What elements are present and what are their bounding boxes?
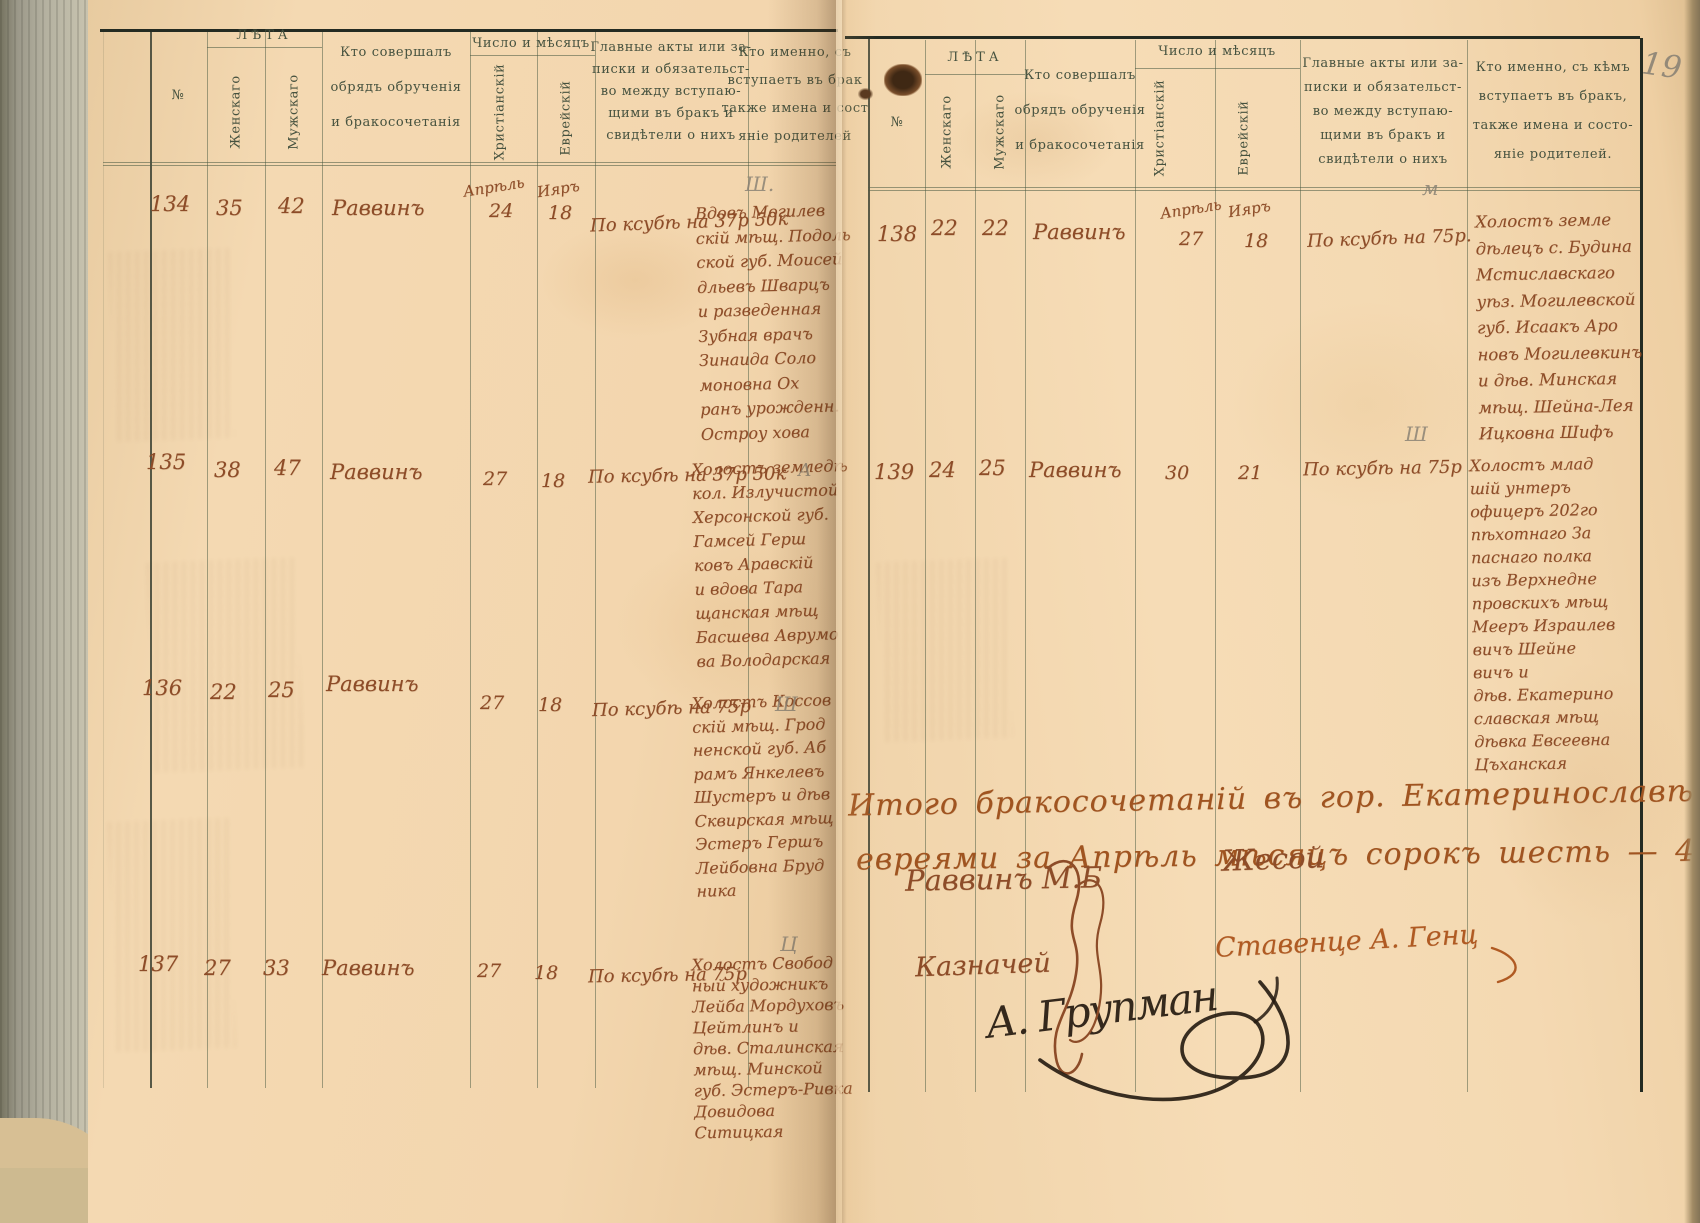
col-header-leta: ЛѢТА — [236, 28, 291, 43]
column-line — [265, 32, 266, 1088]
christian-day: 24 — [489, 200, 513, 222]
jewish-day: 18 — [538, 694, 562, 716]
groom-age: 47 — [274, 456, 301, 480]
pencil-mark: Ц — [780, 932, 797, 956]
col-header-officiant: обрядъ обрученія — [330, 80, 461, 95]
bride-age: 35 — [216, 196, 243, 220]
col-header-male: Мужскаго — [993, 94, 1008, 170]
col-header-date: Число и мѣсяцъ — [472, 36, 589, 51]
christian-day: 27 — [480, 692, 504, 714]
column-line — [975, 40, 976, 1092]
col-header-acts: во между вступаю- — [1313, 104, 1454, 119]
treasurer-signature: Казначей — [915, 948, 1052, 984]
col-header-acts: писки и обязательст- — [1304, 80, 1462, 95]
header-bottom-line — [868, 187, 1640, 188]
col-header-christian: Христіанскій — [493, 64, 508, 161]
column-line — [322, 32, 323, 1088]
handwriting-line: мѣщ. Минской — [693, 1057, 852, 1081]
officiant-entry: Раввинъ — [332, 196, 424, 220]
jewish-day: 18 — [1244, 230, 1268, 252]
handwriting-line: Мстиславскаго — [1476, 260, 1641, 289]
metrical-book-scan: № ЛѢТА Женскаго Мужскаго Кто совершалъ о… — [0, 0, 1700, 1223]
record-number: 137 — [138, 952, 178, 976]
col-header-who: вступаетъ въ брак — [727, 73, 862, 88]
col-header-acts: Главные акты или за- — [590, 40, 751, 55]
officiant-entry: Раввинъ — [326, 672, 418, 696]
groom-age: 33 — [263, 956, 290, 980]
handwriting-line: дльевъ Шварцъ — [697, 271, 852, 300]
subheader-line — [470, 55, 595, 56]
christian-day: 27 — [483, 468, 507, 490]
handwriting-line: офицеръ 202го — [1470, 498, 1613, 523]
pencil-mark: Ш — [1405, 422, 1428, 446]
col-header-who: также имена и сост — [721, 101, 868, 116]
handwriting-line: вичъ и — [1473, 659, 1616, 684]
handwriting-line: ненской губ. Аб — [692, 735, 832, 762]
col-header-christian: Христіанскій — [1153, 80, 1168, 177]
col-header-jewish: Еврейскій — [1237, 100, 1252, 175]
col-header-officiant: Кто совершалъ — [1024, 68, 1136, 83]
handwriting-line: ника — [696, 876, 836, 903]
col-header-officiant: и бракосочетанія — [1015, 138, 1145, 153]
column-line — [868, 38, 870, 1092]
jewish-day: 18 — [541, 470, 565, 492]
col-header-acts: во между вступаю- — [601, 84, 742, 99]
handwriting-line: Цейтлинъ и — [692, 1015, 851, 1039]
officiant-entry: Раввинъ — [322, 956, 414, 980]
couple-details: Вдовъ Могилевскій мѣщ. Подольской губ. М… — [695, 198, 856, 447]
officiant-entry: Раввинъ — [1029, 458, 1121, 482]
subheader-line — [925, 74, 1025, 75]
col-header-acts: Главные акты или за- — [1302, 56, 1463, 71]
col-header-officiant: и бракосочетанія — [331, 115, 461, 130]
christian-day: 27 — [477, 960, 501, 982]
pencil-mark: А — [798, 460, 812, 481]
handwriting-line: и дѣв. Минская — [1478, 366, 1643, 395]
handwriting-line: Лейба Мордуховъ — [692, 994, 851, 1018]
col-header-who: яніе родителей — [738, 129, 852, 144]
pencil-mark: м — [1422, 176, 1439, 200]
handwriting-line: шій унтеръ — [1470, 475, 1613, 500]
col-header-no: № — [891, 115, 904, 130]
bride-age: 38 — [214, 458, 241, 482]
pencil-mark: Ш — [775, 692, 798, 716]
column-line — [1135, 40, 1136, 1092]
col-header-who: Кто именно, съ кѣмъ — [1476, 60, 1631, 75]
handwriting-line: Ицковна Шифъ — [1479, 419, 1644, 448]
col-header-male: Мужскаго — [287, 74, 302, 150]
col-header-acts: свидѣтели о нихъ — [606, 128, 736, 143]
handwriting-line: дѣвка Евсеевна — [1474, 728, 1617, 753]
groom-age: 22 — [982, 216, 1009, 240]
column-line — [150, 30, 152, 1088]
col-header-acts: щими въ бракъ и — [608, 106, 733, 121]
subheader-line — [1135, 68, 1300, 69]
record-number: 134 — [150, 192, 190, 216]
handwriting-line: ской губ. Моисей — [696, 247, 851, 276]
page-number: 19 — [1640, 45, 1684, 86]
bride-age: 22 — [210, 680, 237, 704]
handwriting-line: Холостъ земле — [1475, 207, 1640, 236]
handwriting-line: мѣщ. Шейна-Лея — [1478, 392, 1643, 421]
jewish-day: 18 — [548, 202, 572, 224]
col-header-acts: свидѣтели о нихъ — [1318, 152, 1448, 167]
handwriting-line: провскихъ мѣщ — [1472, 590, 1615, 615]
groom-age: 25 — [979, 456, 1006, 480]
handwriting-line: ный художникъ — [692, 973, 851, 997]
col-header-date: Число и мѣсяцъ — [1158, 44, 1275, 59]
record-number: 138 — [877, 222, 917, 246]
christian-day: 30 — [1165, 462, 1189, 484]
handwriting-line: вичъ Шейне — [1472, 636, 1615, 661]
signature: Жесой — [1221, 840, 1324, 878]
groom-age: 42 — [278, 194, 305, 218]
bride-age: 22 — [931, 216, 958, 240]
handwriting-line: новъ Могилевкинъ — [1477, 339, 1642, 368]
bride-age: 24 — [929, 458, 956, 482]
pencil-mark: Ш. — [745, 172, 774, 196]
col-header-acts: щими въ бракъ и — [1320, 128, 1445, 143]
ketubah-entry: По ксубѣ на 75р — [1303, 457, 1462, 481]
col-header-female: Женскаго — [229, 75, 244, 149]
jewish-day: 21 — [1238, 462, 1262, 484]
col-header-officiant: обрядъ обрученія — [1014, 103, 1145, 118]
col-header-who: вступаетъ въ бракъ, — [1479, 89, 1628, 104]
handwriting-line: пѣхотнаго За — [1470, 521, 1613, 546]
record-number: 136 — [142, 676, 182, 700]
handwriting-line: дѣв. Сталинская — [693, 1036, 852, 1060]
handwriting-line: Мееръ Израилев — [1472, 613, 1615, 638]
handwriting-line: Ситицкая — [694, 1120, 853, 1144]
rabbi-signature: Раввинъ М.Б — [905, 860, 1103, 897]
handwriting-line: ва Володарская — [696, 646, 853, 674]
bride-age: 27 — [204, 956, 231, 980]
header-bottom-line — [868, 190, 1640, 191]
christian-day: 27 — [1179, 228, 1203, 250]
handwriting-line: славская мѣщ — [1474, 705, 1617, 730]
couple-details: Холостъ Коссовскій мѣщ. Гродненской губ.… — [691, 688, 836, 903]
column-line — [207, 32, 208, 1088]
handwriting-line: Эстеръ Гершъ — [695, 829, 835, 856]
officiant-entry: Раввинъ — [1033, 220, 1125, 244]
book-left-edge — [0, 0, 100, 1223]
col-header-female: Женскаго — [940, 95, 955, 169]
subheader-line — [207, 47, 322, 48]
handwriting-line: Остроу хова — [701, 418, 856, 447]
handwriting-line: Цъханская — [1474, 751, 1617, 776]
handwriting-line: губ. Эстеръ-Ривка — [694, 1078, 853, 1102]
handwriting-line: дѣлецъ с. Будина — [1475, 233, 1640, 262]
handwriting-line: Лейбовна Бруд — [696, 853, 836, 880]
handwriting-line: Шустеръ и дѣв — [694, 782, 834, 809]
handwriting-line: Холостъ млад — [1469, 452, 1612, 477]
column-line — [595, 32, 596, 1088]
handwriting-line: Херсонской губ. — [692, 502, 849, 530]
record-number: 139 — [874, 460, 914, 484]
officiant-entry: Раввинъ — [330, 460, 422, 484]
col-header-no: № — [172, 88, 185, 103]
handwriting-line: Холостъ Коссов — [691, 688, 831, 715]
col-header-leta: ЛѢТА — [947, 50, 1002, 65]
col-header-officiant: Кто совершалъ — [340, 45, 452, 60]
column-line — [925, 40, 926, 1092]
record-number: 135 — [146, 450, 186, 474]
handwriting-line: Холостъ Свобод — [691, 952, 850, 976]
margin-line — [103, 32, 104, 1088]
table-top-border — [100, 29, 838, 32]
handwriting-line: Довидова — [694, 1099, 853, 1123]
table-top-border — [845, 36, 1640, 39]
couple-details: Холостъ Свободный художникъЛейба Мордухо… — [691, 952, 853, 1144]
col-header-who: яніе родителей. — [1494, 147, 1612, 162]
handwriting-line: паснаго полка — [1471, 544, 1614, 569]
col-header-who: также имена и состо- — [1473, 118, 1633, 133]
page-right-border — [1640, 38, 1643, 1092]
column-line — [1025, 40, 1026, 1092]
handwriting-line: уѣз. Могилевской — [1476, 286, 1641, 315]
handwriting-line: дѣв. Екатерино — [1473, 682, 1616, 707]
header-bottom-line — [103, 165, 836, 166]
handwriting-line: ранъ урожденн. — [700, 394, 855, 423]
couple-details: Холостъ младшій унтеръофицеръ 202гопѣхот… — [1469, 452, 1618, 776]
handwriting-line: изъ Верхнедне — [1471, 567, 1614, 592]
groom-age: 25 — [268, 678, 295, 702]
couple-details: Холостъ земледѣкол. ИзлучистойХерсонской… — [691, 454, 853, 674]
col-header-acts: писки и обязательст- — [592, 62, 750, 77]
header-bottom-line — [103, 162, 836, 163]
col-header-jewish: Еврейскій — [559, 80, 574, 155]
col-header-who: Кто именно, съ — [738, 45, 851, 60]
couple-details: Холостъ земледѣлецъ с. БудинаМстиславска… — [1475, 207, 1644, 448]
jewish-day: 18 — [534, 962, 558, 984]
handwriting-line: губ. Исаакъ Аро — [1477, 313, 1642, 342]
